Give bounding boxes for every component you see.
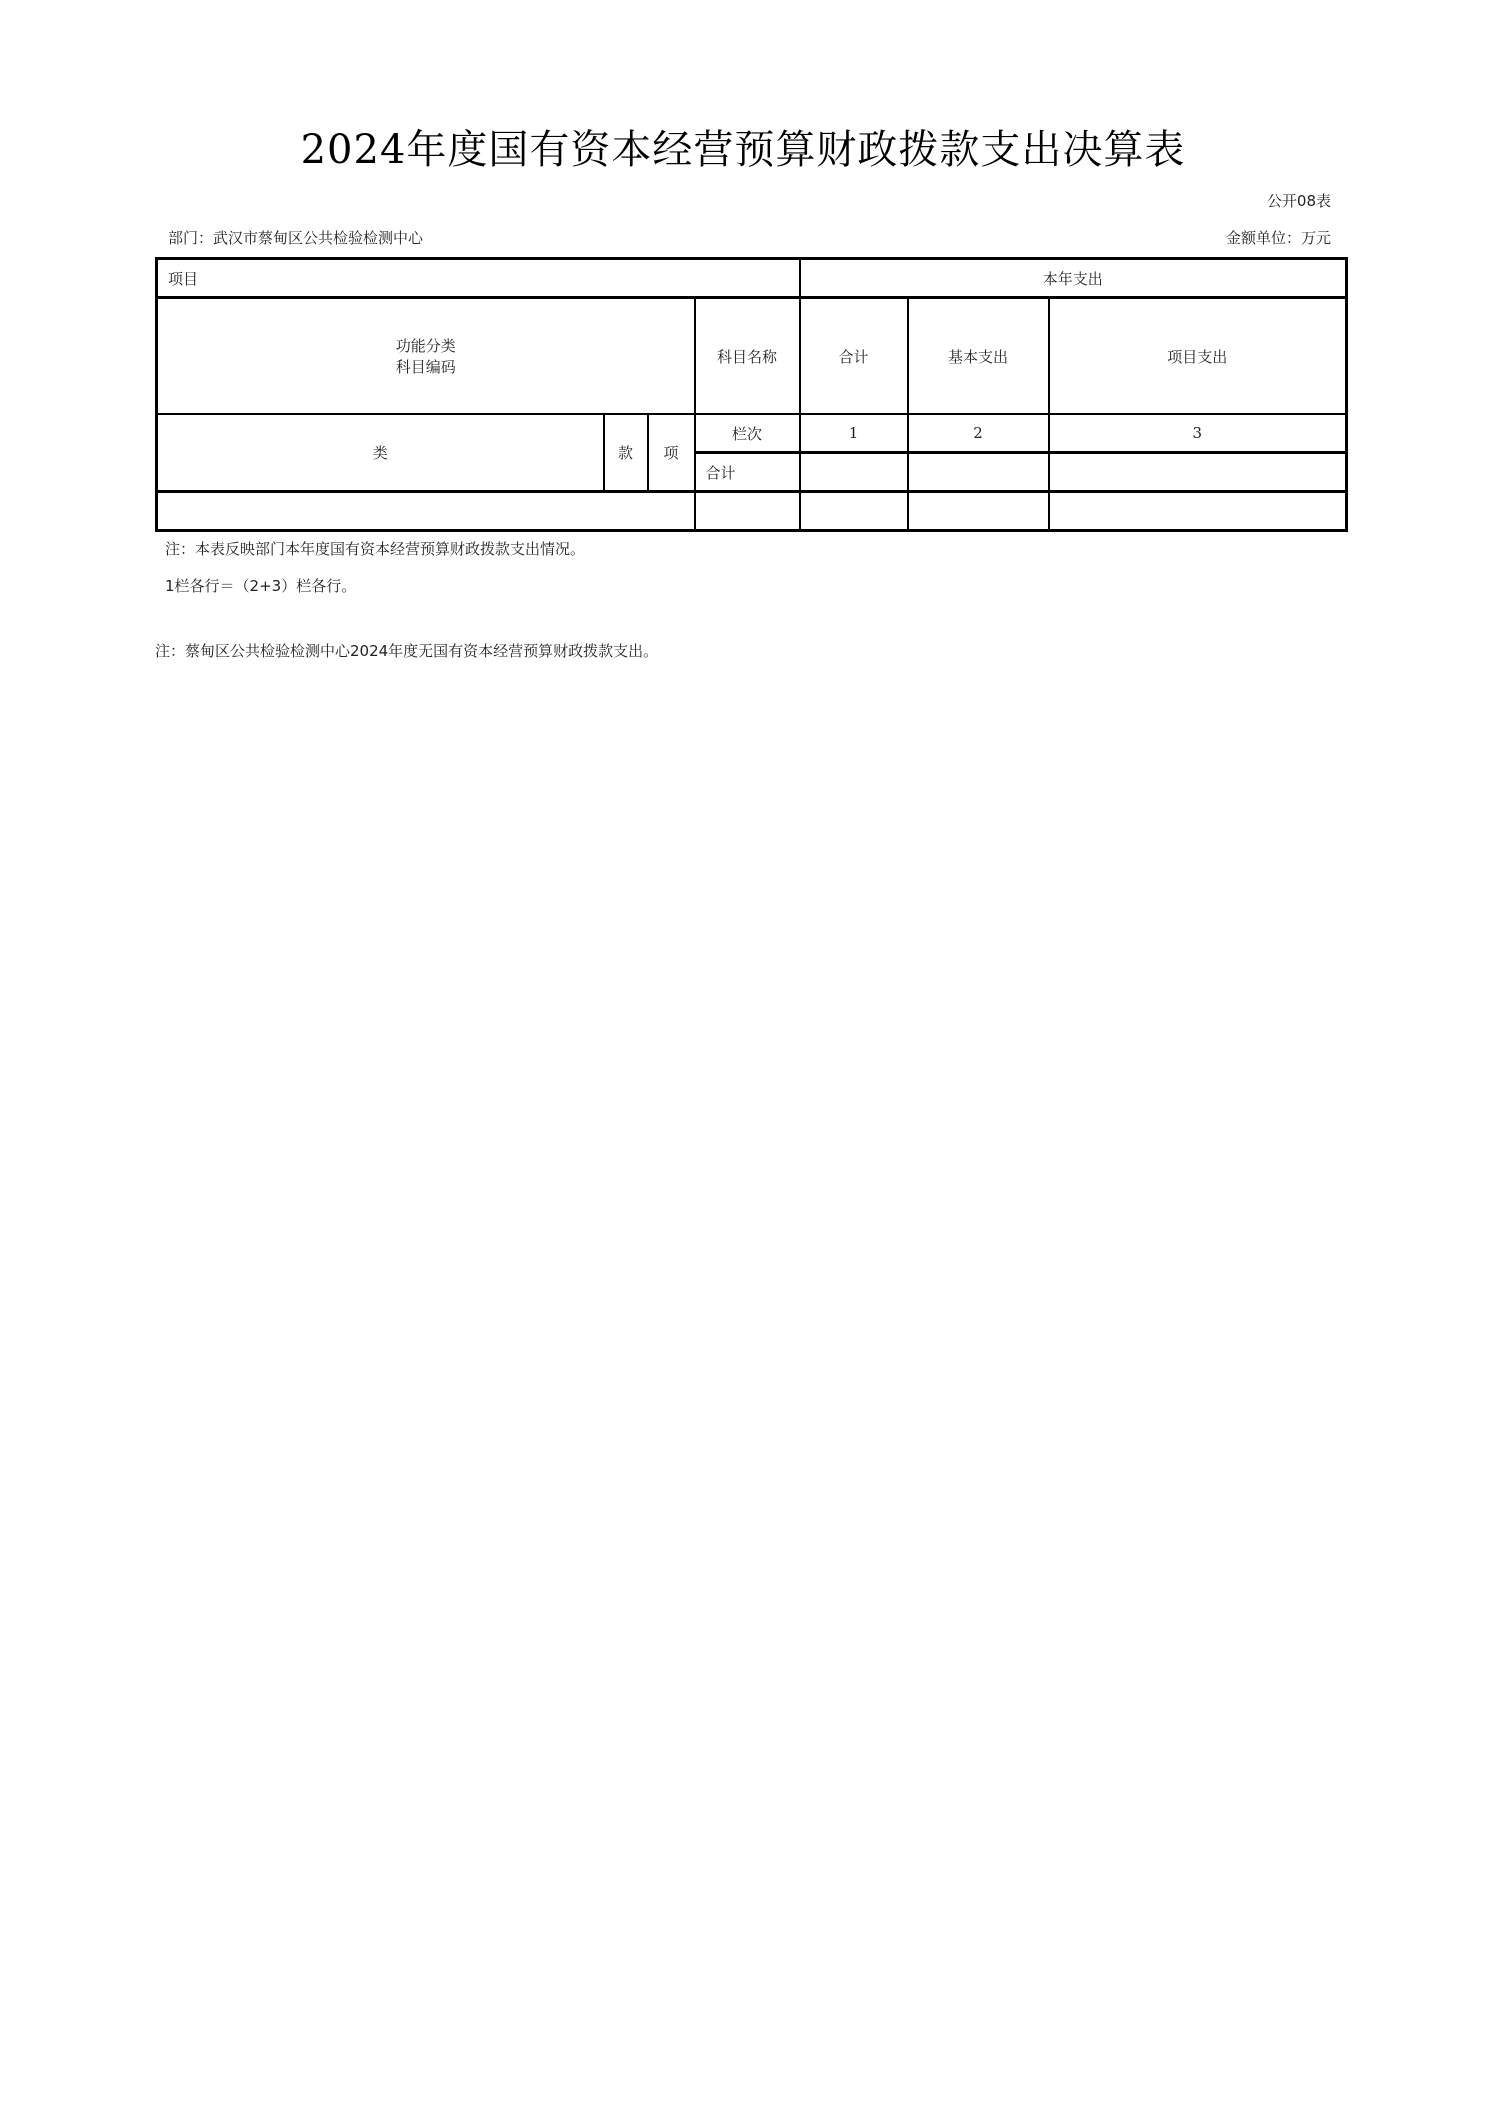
header-project-expenditure: 项目支出	[1049, 298, 1347, 415]
note-column-formula: 1栏各行＝（2+3）栏各行。	[165, 575, 356, 596]
header-total: 合计	[800, 298, 908, 415]
amount-unit-label: 金额单位：万元	[1226, 227, 1331, 248]
header-xiang: 项	[648, 414, 695, 492]
page-title: 2024年度国有资本经营预算财政拨款支出决算表	[0, 118, 1486, 175]
department-label: 部门：武汉市蔡甸区公共检验检测中心	[168, 227, 423, 248]
total-value-2	[908, 453, 1049, 492]
table-row	[157, 492, 1347, 531]
total-value-1	[800, 453, 908, 492]
row-total-label: 合计	[695, 453, 800, 492]
table-number: 公开08表	[1267, 190, 1331, 211]
row-code	[157, 492, 695, 531]
expenditure-table: 项目 本年支出 功能分类 科目编码 科目名称 合计 基本支出 项目支出 类 款 …	[155, 257, 1348, 532]
header-subject-name: 科目名称	[695, 298, 800, 415]
header-project: 项目	[157, 259, 800, 298]
note-no-expenditure: 注：蔡甸区公共检验检测中心2024年度无国有资本经营预算财政拨款支出。	[155, 640, 658, 661]
row-lanci-label: 栏次	[695, 414, 800, 453]
header-lei: 类	[157, 414, 604, 492]
lanci-2: 2	[908, 414, 1049, 453]
row-total	[800, 492, 908, 531]
header-basic-expenditure: 基本支出	[908, 298, 1049, 415]
total-value-3	[1049, 453, 1347, 492]
lanci-3: 3	[1049, 414, 1347, 453]
note-table-description: 注：本表反映部门本年度国有资本经营预算财政拨款支出情况。	[165, 538, 585, 559]
header-kuan: 款	[604, 414, 648, 492]
function-class-label: 功能分类	[158, 335, 694, 356]
lanci-1: 1	[800, 414, 908, 453]
header-function-class-code: 功能分类 科目编码	[157, 298, 695, 415]
row-basic	[908, 492, 1049, 531]
subject-code-label: 科目编码	[158, 356, 694, 377]
row-project	[1049, 492, 1347, 531]
header-current-year-expenditure: 本年支出	[800, 259, 1347, 298]
row-subject-name	[695, 492, 800, 531]
